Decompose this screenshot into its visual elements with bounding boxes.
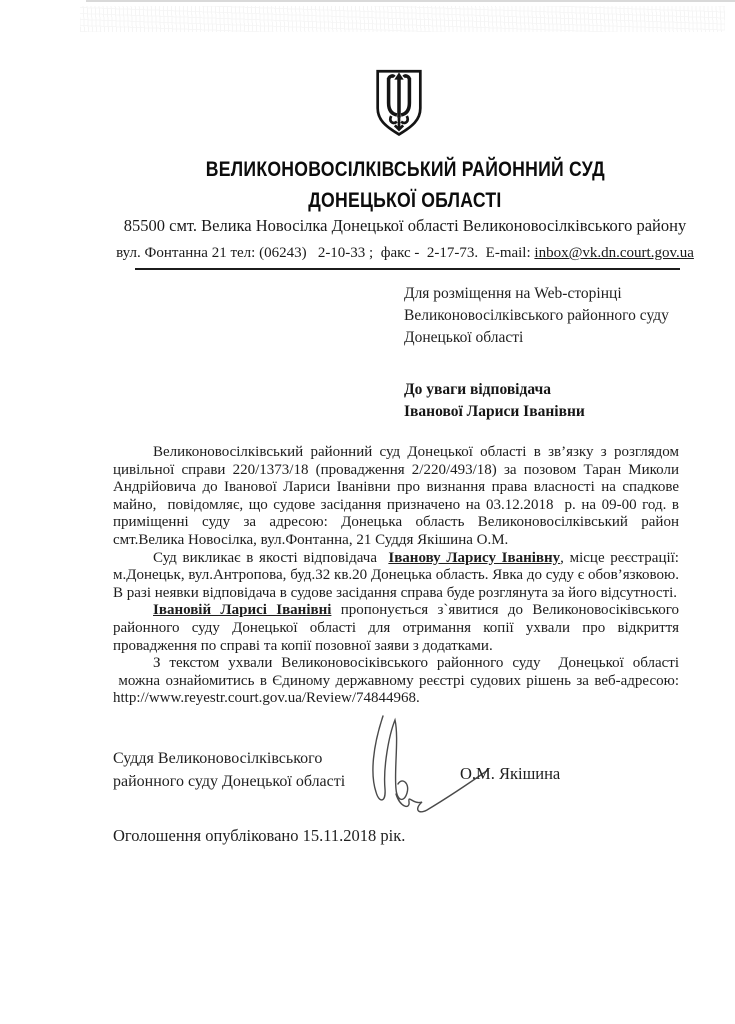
signatory-name: О.М. Якішина — [460, 764, 560, 784]
letter-body: Великоновосілківський районний суд Донец… — [113, 444, 679, 708]
attention-name: Іванової Лариси Іванівни — [404, 401, 669, 423]
signatory-title-line1: Суддя Великоновосілківського — [113, 747, 345, 770]
ukraine-trident-icon — [373, 68, 425, 138]
attention-line: До уваги відповідача — [404, 379, 669, 401]
court-contacts: вул. Фонтанна 21 тел: (06243) 2-10-33 ; … — [75, 245, 735, 262]
court-address: 85500 смт. Велика Новосілка Донецької об… — [75, 216, 735, 236]
header-divider — [135, 268, 680, 270]
body-paragraph: Івановій Ларисі Іванівні пропонується з`… — [113, 602, 679, 655]
signatory-title: Суддя Великоновосілківського районного с… — [113, 747, 345, 793]
recipient-block: Для розміщення на Web-сторінці Великонов… — [404, 283, 669, 423]
body-paragraph: Великоновосілківський районний суд Донец… — [113, 444, 679, 550]
contacts-text: вул. Фонтанна 21 тел: (06243) 2-10-33 ; … — [116, 245, 534, 261]
scanned-court-letter: ВЕЛИКОНОВОСІЛКІВСЬКИЙ РАЙОННИЙ СУД ДОНЕЦ… — [0, 0, 735, 1024]
court-email: inbox@vk.dn.court.gov.ua — [534, 245, 694, 261]
recipient-line: Донецької області — [404, 327, 669, 349]
recipient-line: Великоновосілківського районного суду — [404, 305, 669, 327]
publication-date-line: Оголошення опубліковано 15.11.2018 рік. — [113, 826, 405, 846]
scan-noise-artifact — [80, 6, 725, 32]
signatory-title-line2: районного суду Донецької області — [113, 770, 345, 793]
court-name-line2: ДОНЕЦЬКОЇ ОБЛАСТІ — [308, 186, 501, 215]
body-paragraph: Суд викликає в якості відповідача Іванов… — [113, 550, 679, 603]
scan-edge-artifact — [86, 0, 735, 2]
court-name-line1: ВЕЛИКОНОВОСІЛКІВСЬКИЙ РАЙОННИЙ СУД — [205, 155, 604, 184]
body-paragraph: З текстом ухвали Великоновосіківського р… — [113, 655, 679, 708]
court-name-heading: ВЕЛИКОНОВОСІЛКІВСЬКИЙ РАЙОННИЙ СУД ДОНЕЦ… — [75, 155, 735, 217]
recipient-line: Для розміщення на Web-сторінці — [404, 283, 669, 305]
